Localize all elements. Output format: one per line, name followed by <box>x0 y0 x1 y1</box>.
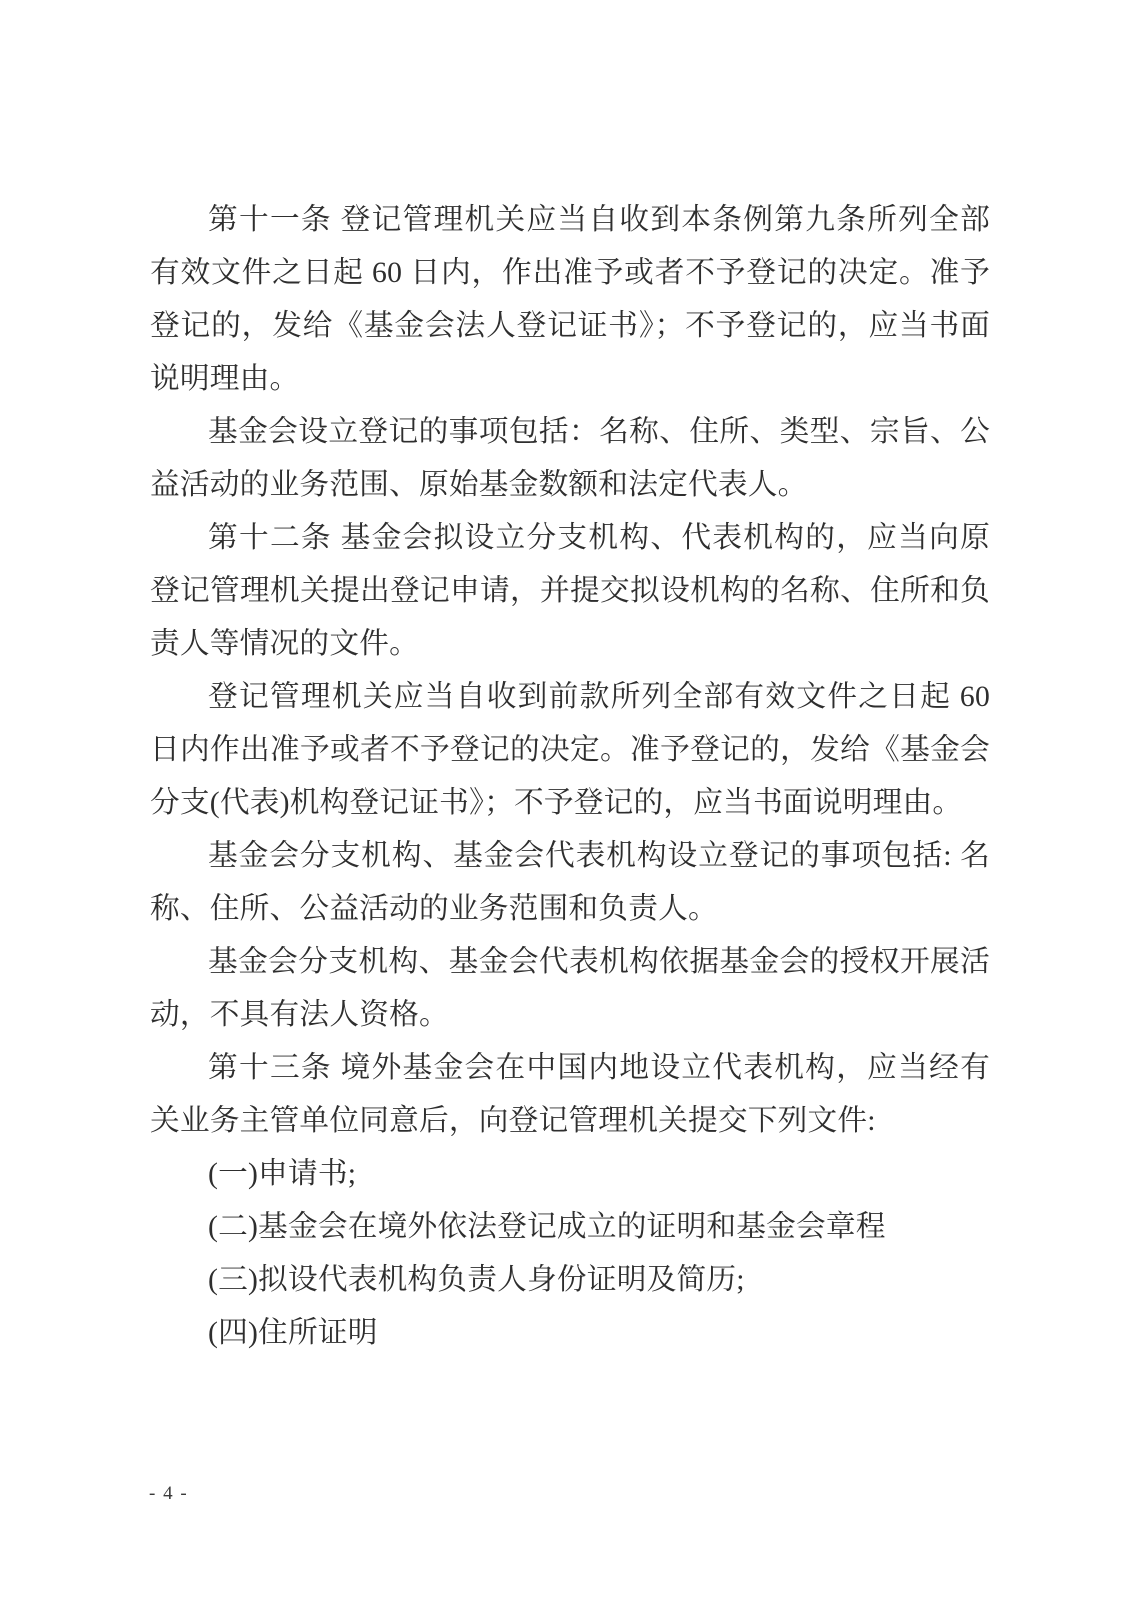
list-item-2: (二)基金会在境外依法登记成立的证明和基金会章程 <box>150 1201 990 1254</box>
text-line: 第十三条 境外基金会在中国内地设立代表机构，应当经有 <box>150 1042 990 1095</box>
paragraph-article-12: 第十二条 基金会拟设立分支机构、代表机构的，应当向原 登记管理机关提出登记申请，… <box>150 512 990 671</box>
text-line: 登记的，发给《基金会法人登记证书》；不予登记的，应当书面 <box>150 300 990 353</box>
paragraph-article-11: 第十一条 登记管理机关应当自收到本条例第九条所列全部 有效文件之日起 60 日内… <box>150 194 990 406</box>
text-line: 第十一条 登记管理机关应当自收到本条例第九条所列全部 <box>150 194 990 247</box>
text-line: 基金会分支机构、基金会代表机构设立登记的事项包括: 名 <box>150 830 990 883</box>
document-body: 第十一条 登记管理机关应当自收到本条例第九条所列全部 有效文件之日起 60 日内… <box>150 194 990 1360</box>
text-line: 说明理由。 <box>150 353 990 406</box>
text-line: 关业务主管单位同意后，向登记管理机关提交下列文件: <box>150 1095 990 1148</box>
text-line: (四)住所证明 <box>150 1307 990 1360</box>
page-number: - 4 - <box>149 1480 188 1508</box>
text-line: (三)拟设代表机构负责人身份证明及简历; <box>150 1254 990 1307</box>
paragraph-registration-items: 基金会设立登记的事项包括：名称、住所、类型、宗旨、公 益活动的业务范围、原始基金… <box>150 406 990 512</box>
text-line: 登记管理机关应当自收到前款所列全部有效文件之日起 60 <box>150 671 990 724</box>
list-item-3: (三)拟设代表机构负责人身份证明及简历; <box>150 1254 990 1307</box>
text-line: 动，不具有法人资格。 <box>150 989 990 1042</box>
list-item-1: (一)申请书; <box>150 1148 990 1201</box>
text-line: 基金会分支机构、基金会代表机构依据基金会的授权开展活 <box>150 936 990 989</box>
paragraph-branch-registration-items: 基金会分支机构、基金会代表机构设立登记的事项包括: 名 称、住所、公益活动的业务… <box>150 830 990 936</box>
text-line: 责人等情况的文件。 <box>150 618 990 671</box>
text-line: 有效文件之日起 60 日内，作出准予或者不予登记的决定。准予 <box>150 247 990 300</box>
text-line: 益活动的业务范围、原始基金数额和法定代表人。 <box>150 459 990 512</box>
text-line: 日内作出准予或者不予登记的决定。准予登记的，发给《基金会 <box>150 724 990 777</box>
text-line: 称、住所、公益活动的业务范围和负责人。 <box>150 883 990 936</box>
text-line: (二)基金会在境外依法登记成立的证明和基金会章程 <box>150 1201 990 1254</box>
paragraph-branch-legal-status: 基金会分支机构、基金会代表机构依据基金会的授权开展活 动，不具有法人资格。 <box>150 936 990 1042</box>
text-line: 第十二条 基金会拟设立分支机构、代表机构的，应当向原 <box>150 512 990 565</box>
paragraph-article-12-clause-2: 登记管理机关应当自收到前款所列全部有效文件之日起 60 日内作出准予或者不予登记… <box>150 671 990 830</box>
paragraph-article-13: 第十三条 境外基金会在中国内地设立代表机构，应当经有 关业务主管单位同意后，向登… <box>150 1042 990 1148</box>
text-line: (一)申请书; <box>150 1148 990 1201</box>
text-line: 登记管理机关提出登记申请，并提交拟设机构的名称、住所和负 <box>150 565 990 618</box>
text-line: 分支(代表)机构登记证书》；不予登记的，应当书面说明理由。 <box>150 777 990 830</box>
text-line: 基金会设立登记的事项包括：名称、住所、类型、宗旨、公 <box>150 406 990 459</box>
list-item-4: (四)住所证明 <box>150 1307 990 1360</box>
document-page: 第十一条 登记管理机关应当自收到本条例第九条所列全部 有效文件之日起 60 日内… <box>0 0 1131 1600</box>
